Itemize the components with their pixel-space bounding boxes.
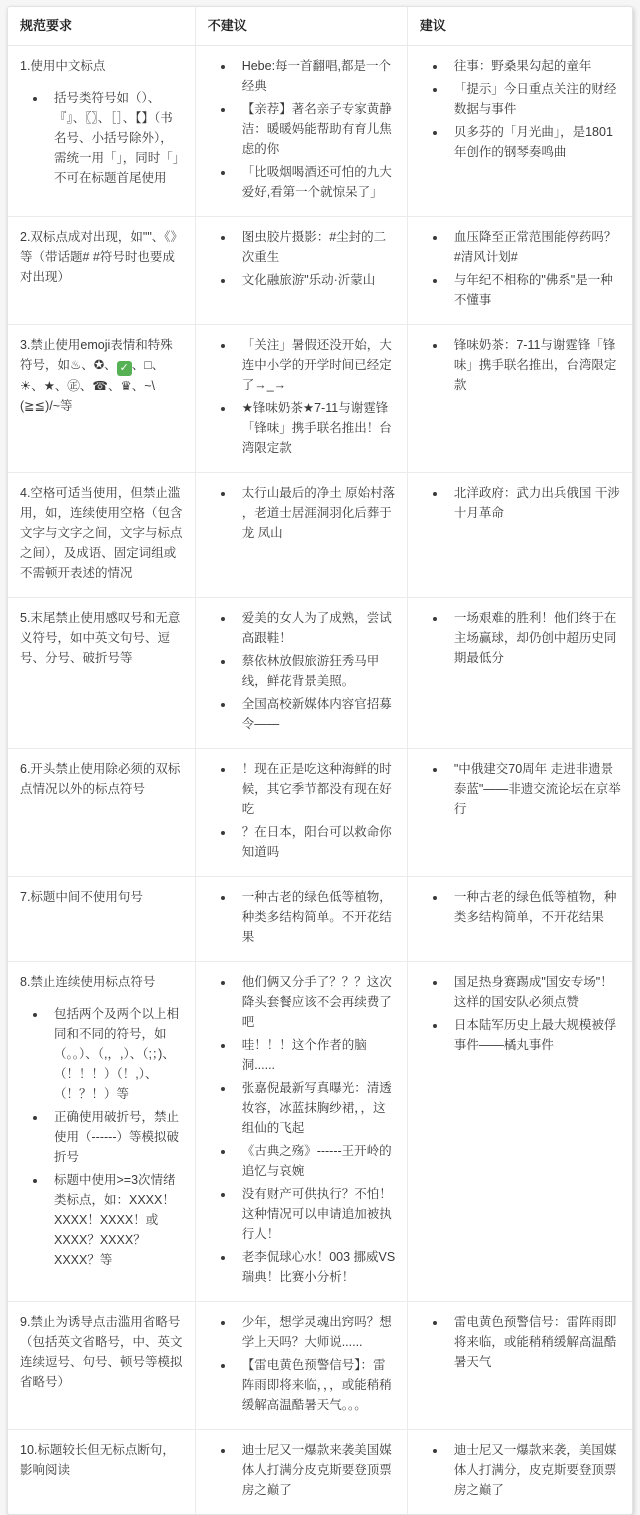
- table-row: 10.标题较长但无标点断句，影响阅读迪士尼又一爆款来袭美国媒体人打满分皮克斯要登…: [8, 1429, 632, 1514]
- bad-example-item: 《古典之殇》------王开岭的追忆与哀婉: [235, 1141, 397, 1181]
- good-example-item: 与年纪不相称的"佛系"是一种不懂事: [447, 270, 622, 310]
- bad-example-list: ！现在正是吃这种海鲜的时候，其它季节都没有现在好吃？在日本，阳台可以救命你知道吗: [208, 759, 397, 862]
- check-emoji-icon: ✓: [117, 361, 132, 376]
- good-examples-cell: 锋味奶茶：7-11与谢霆锋「锋味」携手联名推出，台湾限定款: [407, 324, 632, 472]
- guidelines-card: 规范要求 不建议 建议 1.使用中文标点括号类符号如（）、『』、〖〗、［］、【】…: [7, 6, 633, 1515]
- bad-example-item: 爱美的女人为了成熟，尝试高跟鞋！: [235, 608, 397, 648]
- good-example-item: 往事：野桑果勾起的童年: [447, 56, 622, 76]
- good-example-list: 雷电黄色预警信号：雷阵雨即将来临，或能稍稍缓解高温酷暑天气: [420, 1312, 622, 1372]
- bad-example-item: 老李侃球心水！003 挪威VS瑞典！比赛小分析！: [235, 1247, 397, 1287]
- table-row: 7.标题中间不使用句号一种古老的绿色低等植物，种类多结构简单。不开花结果一种古老…: [8, 876, 632, 961]
- good-example-item: 一种古老的绿色低等植物，种类多结构简单，不开花结果: [447, 887, 622, 927]
- rule-title: 4.空格可适当使用，但禁止滥用，如，连续使用空格（包含文字与文字之间，文字与标点…: [20, 483, 185, 583]
- bad-example-list: Hebe:每一首翻唱,都是一个经典【亲荐】著名亲子专家黄静洁：暖暖妈能帮助有育儿…: [208, 56, 397, 202]
- bad-example-item: ！现在正是吃这种海鲜的时候，其它季节都没有现在好吃: [235, 759, 397, 819]
- bad-examples-cell: 爱美的女人为了成熟，尝试高跟鞋！蔡依林放假旅游狂秀马甲线，鲜花背景美照。全国高校…: [195, 597, 407, 748]
- rule-title: 8.禁止连续使用标点符号: [20, 972, 185, 992]
- good-examples-cell: 一场艰难的胜利！他们终于在主场赢球，却仍创中超历史同期最低分: [407, 597, 632, 748]
- good-examples-cell: 迪士尼又一爆款来袭，美国媒体人打满分，皮克斯要登顶票房之巅了: [407, 1429, 632, 1514]
- good-examples-cell: 一种古老的绿色低等植物，种类多结构简单，不开花结果: [407, 876, 632, 961]
- rule-cell: 1.使用中文标点括号类符号如（）、『』、〖〗、［］、【】（书名号、小括号除外），…: [8, 45, 195, 216]
- column-header-not-recommended: 不建议: [195, 7, 407, 45]
- bad-example-list: 太行山最后的净土 原始村落 ，老道士居涯洞羽化后葬于龙 凤山: [208, 483, 397, 543]
- bad-examples-cell: 图虫胶片摄影：#尘封的二次重生文化融旅游"乐动·沂蒙山: [195, 216, 407, 324]
- good-example-item: 「提示」今日重点关注的财经数据与事件: [447, 79, 622, 119]
- good-examples-cell: "中俄建交70周年 走进非遗景泰蓝"——非遗交流论坛在京举行: [407, 748, 632, 876]
- good-example-list: 迪士尼又一爆款来袭，美国媒体人打满分，皮克斯要登顶票房之巅了: [420, 1440, 622, 1500]
- rule-title: 7.标题中间不使用句号: [20, 887, 185, 907]
- bad-example-item: 「比吸烟喝酒还可怕的九大爱好,看第一个就惊呆了」: [235, 162, 397, 202]
- good-example-list: 北洋政府：武力出兵俄国 干涉十月革命: [420, 483, 622, 523]
- column-header-rule: 规范要求: [8, 7, 195, 45]
- good-examples-cell: 往事：野桑果勾起的童年「提示」今日重点关注的财经数据与事件贝多芬的「月光曲」，是…: [407, 45, 632, 216]
- rule-title: 10.标题较长但无标点断句，影响阅读: [20, 1440, 185, 1480]
- bad-example-item: 【雷电黄色预警信号】：雷阵雨即将来临，，，或能稍稍缓解高温酷暑天气。。。: [235, 1355, 397, 1415]
- bad-example-list: 爱美的女人为了成熟，尝试高跟鞋！蔡依林放假旅游狂秀马甲线，鲜花背景美照。全国高校…: [208, 608, 397, 734]
- bad-example-item: 【亲荐】著名亲子专家黄静洁：暖暖妈能帮助有育儿焦虑的你: [235, 99, 397, 159]
- bad-examples-cell: 他们俩又分手了？？？这次降头套餐应该不会再续费了吧哇！！！这个作者的脑洞....…: [195, 961, 407, 1301]
- bad-example-item: 少年，想学灵魂出窍吗？想学上天吗？大师说......: [235, 1312, 397, 1352]
- good-example-list: 国足热身赛踢成"国安专场"！这样的国安队必须点赞日本陆军历史上最大规模被俘事件—…: [420, 972, 622, 1055]
- bad-example-item: 哇！！！这个作者的脑洞......: [235, 1035, 397, 1075]
- bad-example-item: ？在日本，阳台可以救命你知道吗: [235, 822, 397, 862]
- rule-detail-list: 包括两个及两个以上相同和不同的符号，如（。。）、（,，,）、（;；)、（！！！）…: [20, 1004, 185, 1270]
- table-row: 9.禁止为诱导点击滥用省略号（包括英文省略号，中、英文连续逗号、句号、顿号等模拟…: [8, 1301, 632, 1429]
- good-example-item: 北洋政府：武力出兵俄国 干涉十月革命: [447, 483, 622, 523]
- rule-detail-item: 标题中使用>=3次情绪类标点，如：XXXX！XXXX！XXXX！或 XXXX？X…: [47, 1170, 185, 1270]
- bad-example-list: 他们俩又分手了？？？这次降头套餐应该不会再续费了吧哇！！！这个作者的脑洞....…: [208, 972, 397, 1287]
- column-header-recommended: 建议: [407, 7, 632, 45]
- bad-example-item: 蔡依林放假旅游狂秀马甲线，鲜花背景美照。: [235, 651, 397, 691]
- good-example-list: 一场艰难的胜利！他们终于在主场赢球，却仍创中超历史同期最低分: [420, 608, 622, 668]
- bad-example-item: 迪士尼又一爆款来袭美国媒体人打满分皮克斯要登顶票房之巅了: [235, 1440, 397, 1500]
- table-row: 5.末尾禁止使用感叹号和无意义符号，如中英文句号、逗号、分号、破折号等爱美的女人…: [8, 597, 632, 748]
- bad-examples-cell: 太行山最后的净土 原始村落 ，老道士居涯洞羽化后葬于龙 凤山: [195, 472, 407, 597]
- rule-detail-item: 括号类符号如（）、『』、〖〗、［］、【】（书名号、小括号除外），需统一用「」，同…: [47, 88, 185, 188]
- bad-example-item: 他们俩又分手了？？？这次降头套餐应该不会再续费了吧: [235, 972, 397, 1032]
- rule-cell: 2.双标点成对出现，如""、《》等（带话题# #符号时也要成对出现）: [8, 216, 195, 324]
- bad-example-list: 迪士尼又一爆款来袭美国媒体人打满分皮克斯要登顶票房之巅了: [208, 1440, 397, 1500]
- rule-title: 3.禁止使用emoji表情和特殊符号，如♨、✪、✓、□、☀、★、㊣、☎、♛、~\…: [20, 335, 185, 416]
- bad-example-item: 图虫胶片摄影：#尘封的二次重生: [235, 227, 397, 267]
- rule-cell: 5.末尾禁止使用感叹号和无意义符号，如中英文句号、逗号、分号、破折号等: [8, 597, 195, 748]
- good-examples-cell: 国足热身赛踢成"国安专场"！这样的国安队必须点赞日本陆军历史上最大规模被俘事件—…: [407, 961, 632, 1301]
- bad-example-list: 一种古老的绿色低等植物，种类多结构简单。不开花结果: [208, 887, 397, 947]
- bad-example-item: ★锋味奶茶★7-11与谢霆锋「锋味」携手联名推出！台湾限定款: [235, 398, 397, 458]
- bad-example-item: 全国高校新媒体内容官招募令——: [235, 694, 397, 734]
- bad-example-item: 没有财产可供执行？不怕！这种情况可以申请追加被执行人！: [235, 1184, 397, 1244]
- rule-detail-item: 正确使用破折号，禁止使用（------）等模拟破折号: [47, 1107, 185, 1167]
- bad-examples-cell: Hebe:每一首翻唱,都是一个经典【亲荐】著名亲子专家黄静洁：暖暖妈能帮助有育儿…: [195, 45, 407, 216]
- good-example-item: 血压降至正常范围能停药吗？#清风计划#: [447, 227, 622, 267]
- bad-example-item: 一种古老的绿色低等植物，种类多结构简单。不开花结果: [235, 887, 397, 947]
- header-row: 规范要求 不建议 建议: [8, 7, 632, 45]
- good-example-list: 血压降至正常范围能停药吗？#清风计划#与年纪不相称的"佛系"是一种不懂事: [420, 227, 622, 310]
- bad-examples-cell: 「关注」暑假还没开始，大连中小学的开学时间已经定了→_→★锋味奶茶★7-11与谢…: [195, 324, 407, 472]
- rule-detail-item: 包括两个及两个以上相同和不同的符号，如（。。）、（,，,）、（;；)、（！！！）…: [47, 1004, 185, 1104]
- rule-title: 5.末尾禁止使用感叹号和无意义符号，如中英文句号、逗号、分号、破折号等: [20, 608, 185, 668]
- bad-examples-cell: ！现在正是吃这种海鲜的时候，其它季节都没有现在好吃？在日本，阳台可以救命你知道吗: [195, 748, 407, 876]
- rule-title: 1.使用中文标点: [20, 56, 185, 76]
- bad-examples-cell: 迪士尼又一爆款来袭美国媒体人打满分皮克斯要登顶票房之巅了: [195, 1429, 407, 1514]
- rule-cell: 7.标题中间不使用句号: [8, 876, 195, 961]
- rule-title: 2.双标点成对出现，如""、《》等（带话题# #符号时也要成对出现）: [20, 227, 185, 287]
- bad-examples-cell: 一种古老的绿色低等植物，种类多结构简单。不开花结果: [195, 876, 407, 961]
- bad-example-item: Hebe:每一首翻唱,都是一个经典: [235, 56, 397, 96]
- good-example-item: 雷电黄色预警信号：雷阵雨即将来临，或能稍稍缓解高温酷暑天气: [447, 1312, 622, 1372]
- table-row: 3.禁止使用emoji表情和特殊符号，如♨、✪、✓、□、☀、★、㊣、☎、♛、~\…: [8, 324, 632, 472]
- good-example-item: "中俄建交70周年 走进非遗景泰蓝"——非遗交流论坛在京举行: [447, 759, 622, 819]
- bad-example-item: 太行山最后的净土 原始村落 ，老道士居涯洞羽化后葬于龙 凤山: [235, 483, 397, 543]
- bad-example-list: 「关注」暑假还没开始，大连中小学的开学时间已经定了→_→★锋味奶茶★7-11与谢…: [208, 335, 397, 458]
- bad-examples-cell: 少年，想学灵魂出窍吗？想学上天吗？大师说......【雷电黄色预警信号】：雷阵雨…: [195, 1301, 407, 1429]
- punctuation-rules-table: 规范要求 不建议 建议 1.使用中文标点括号类符号如（）、『』、〖〗、［］、【】…: [8, 7, 632, 1514]
- rule-cell: 6.开头禁止使用除必须的双标点情况以外的标点符号: [8, 748, 195, 876]
- good-example-list: 往事：野桑果勾起的童年「提示」今日重点关注的财经数据与事件贝多芬的「月光曲」，是…: [420, 56, 622, 162]
- bad-example-item: 张嘉倪最新写真曝光：清透妆容，冰蓝抹胸纱裙，，这组仙的飞起: [235, 1078, 397, 1138]
- rule-cell: 10.标题较长但无标点断句，影响阅读: [8, 1429, 195, 1514]
- table-body: 1.使用中文标点括号类符号如（）、『』、〖〗、［］、【】（书名号、小括号除外），…: [8, 45, 632, 1514]
- bad-example-list: 少年，想学灵魂出窍吗？想学上天吗？大师说......【雷电黄色预警信号】：雷阵雨…: [208, 1312, 397, 1415]
- good-example-list: "中俄建交70周年 走进非遗景泰蓝"——非遗交流论坛在京举行: [420, 759, 622, 819]
- good-examples-cell: 雷电黄色预警信号：雷阵雨即将来临，或能稍稍缓解高温酷暑天气: [407, 1301, 632, 1429]
- table-header: 规范要求 不建议 建议: [8, 7, 632, 45]
- rule-cell: 3.禁止使用emoji表情和特殊符号，如♨、✪、✓、□、☀、★、㊣、☎、♛、~\…: [8, 324, 195, 472]
- good-example-list: 一种古老的绿色低等植物，种类多结构简单，不开花结果: [420, 887, 622, 927]
- good-example-item: 国足热身赛踢成"国安专场"！这样的国安队必须点赞: [447, 972, 622, 1012]
- rule-detail-list: 括号类符号如（）、『』、〖〗、［］、【】（书名号、小括号除外），需统一用「」，同…: [20, 88, 185, 188]
- rule-cell: 9.禁止为诱导点击滥用省略号（包括英文省略号，中、英文连续逗号、句号、顿号等模拟…: [8, 1301, 195, 1429]
- good-example-item: 一场艰难的胜利！他们终于在主场赢球，却仍创中超历史同期最低分: [447, 608, 622, 668]
- good-example-item: 贝多芬的「月光曲」，是1801年创作的钢琴奏鸣曲: [447, 122, 622, 162]
- table-row: 8.禁止连续使用标点符号包括两个及两个以上相同和不同的符号，如（。。）、（,，,…: [8, 961, 632, 1301]
- bad-example-item: 「关注」暑假还没开始，大连中小学的开学时间已经定了→_→: [235, 335, 397, 395]
- good-examples-cell: 血压降至正常范围能停药吗？#清风计划#与年纪不相称的"佛系"是一种不懂事: [407, 216, 632, 324]
- table-row: 6.开头禁止使用除必须的双标点情况以外的标点符号！现在正是吃这种海鲜的时候，其它…: [8, 748, 632, 876]
- bad-example-list: 图虫胶片摄影：#尘封的二次重生文化融旅游"乐动·沂蒙山: [208, 227, 397, 290]
- table-row: 1.使用中文标点括号类符号如（）、『』、〖〗、［］、【】（书名号、小括号除外），…: [8, 45, 632, 216]
- rule-cell: 4.空格可适当使用，但禁止滥用，如，连续使用空格（包含文字与文字之间，文字与标点…: [8, 472, 195, 597]
- rule-cell: 8.禁止连续使用标点符号包括两个及两个以上相同和不同的符号，如（。。）、（,，,…: [8, 961, 195, 1301]
- bad-example-item: 文化融旅游"乐动·沂蒙山: [235, 270, 397, 290]
- good-example-list: 锋味奶茶：7-11与谢霆锋「锋味」携手联名推出，台湾限定款: [420, 335, 622, 395]
- good-examples-cell: 北洋政府：武力出兵俄国 干涉十月革命: [407, 472, 632, 597]
- table-row: 2.双标点成对出现，如""、《》等（带话题# #符号时也要成对出现）图虫胶片摄影…: [8, 216, 632, 324]
- rule-title: 6.开头禁止使用除必须的双标点情况以外的标点符号: [20, 759, 185, 799]
- good-example-item: 日本陆军历史上最大规模被俘事件——橘丸事件: [447, 1015, 622, 1055]
- good-example-item: 迪士尼又一爆款来袭，美国媒体人打满分，皮克斯要登顶票房之巅了: [447, 1440, 622, 1500]
- good-example-item: 锋味奶茶：7-11与谢霆锋「锋味」携手联名推出，台湾限定款: [447, 335, 622, 395]
- rule-title: 9.禁止为诱导点击滥用省略号（包括英文省略号，中、英文连续逗号、句号、顿号等模拟…: [20, 1312, 185, 1392]
- table-row: 4.空格可适当使用，但禁止滥用，如，连续使用空格（包含文字与文字之间，文字与标点…: [8, 472, 632, 597]
